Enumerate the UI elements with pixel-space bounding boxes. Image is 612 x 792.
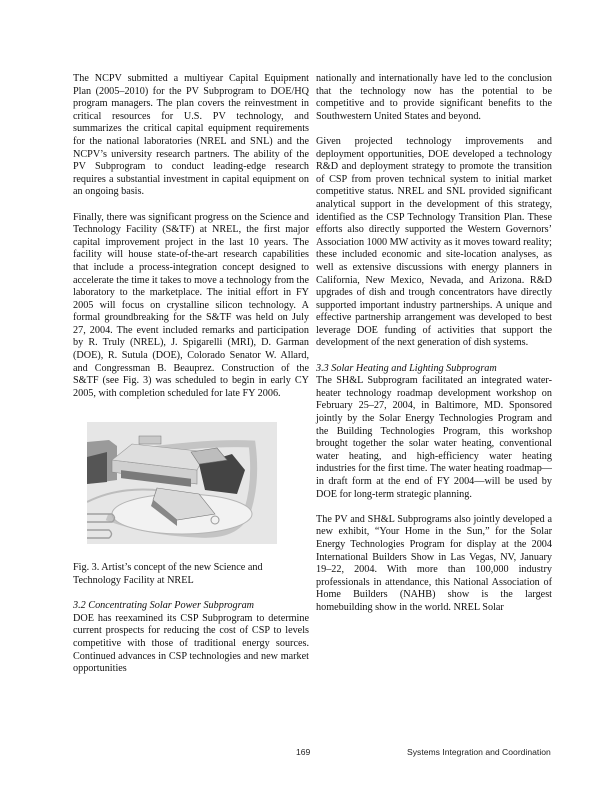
building-rendering-illustration <box>87 422 277 544</box>
section-heading-3-2: 3.2 Concentrating Solar Power Subprogram <box>73 600 309 613</box>
right-column: nationally and internationally have led … <box>316 73 552 627</box>
paragraph-shl-workshop: The SH&L Subprogram facilitated an integ… <box>316 375 552 501</box>
paragraph-csp-conclusion: nationally and internationally have led … <box>316 73 552 123</box>
left-column: The NCPV submitted a multiyear Capital E… <box>73 73 309 688</box>
figure-stf-rendering <box>87 422 277 544</box>
section-heading-3-3: 3.3 Solar Heating and Lighting Subprogra… <box>316 363 552 376</box>
paragraph-shl-exhibit: The PV and SH&L Subprograms also jointly… <box>316 514 552 615</box>
paragraph-csp-strategy: Given projected technology improvements … <box>316 136 552 350</box>
page-number: 169 <box>296 747 310 757</box>
figure-caption: Fig. 3. Artist’s concept of the new Scie… <box>73 562 309 587</box>
paragraph-csp-subprogram: DOE has reexamined its CSP Subprogram to… <box>73 613 309 676</box>
paragraph-stf-progress: Finally, there was significant progress … <box>73 212 309 401</box>
paragraph-capital-equipment-plan: The NCPV submitted a multiyear Capital E… <box>73 73 309 199</box>
footer-section-title: Systems Integration and Coordination <box>407 747 551 757</box>
